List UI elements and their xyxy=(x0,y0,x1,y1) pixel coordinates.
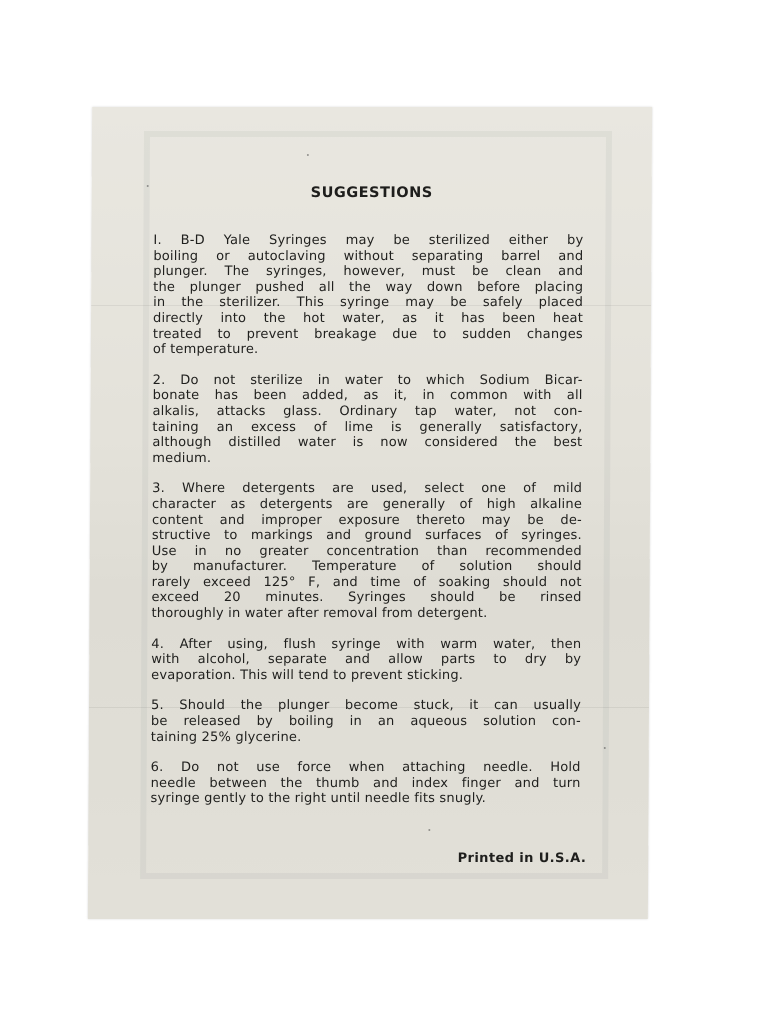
text-line: bonate has been added, as it, in common … xyxy=(153,388,583,404)
text-line: in the sterilizer. This syringe may be s… xyxy=(153,295,583,311)
text-line: boiling or autoclaving without separatin… xyxy=(153,249,583,265)
text-line: with alcohol, separate and allow parts t… xyxy=(151,652,581,668)
text-line: character as detergents are generally of… xyxy=(152,497,582,513)
instruction-sheet: SUGGESTIONS I. B-D Yale Syringes may be … xyxy=(88,107,652,919)
document-title: SUGGESTIONS xyxy=(92,185,652,201)
text-line: thoroughly in water after removal from d… xyxy=(151,606,581,622)
text-line: evaporation. This will tend to prevent s… xyxy=(151,668,581,684)
text-line: syringe gently to the right until needle… xyxy=(150,791,580,807)
document-body: I. B-D Yale Syringes may be sterilized e… xyxy=(150,233,583,822)
text-line: taining 25% glycerine. xyxy=(151,730,581,746)
text-line: directly into the hot water, as it has b… xyxy=(153,311,583,327)
text-line: of temperature. xyxy=(153,342,583,358)
suggestion-paragraph-3: 3. Where detergents are used, select one… xyxy=(151,481,582,621)
printed-in-usa-footer: Printed in U.S.A. xyxy=(458,851,587,866)
text-line: needle between the thumb and index finge… xyxy=(151,776,581,792)
text-line: 2. Do not sterilize in water to which So… xyxy=(153,373,583,389)
suggestion-paragraph-6: 6. Do not use force when attaching needl… xyxy=(150,760,580,807)
text-line: taining an excess of lime is generally s… xyxy=(152,420,582,436)
text-line: be released by boiling in an aqueous sol… xyxy=(151,714,581,730)
text-line: 5. Should the plunger become stuck, it c… xyxy=(151,698,581,714)
paper-speck xyxy=(307,154,309,156)
text-line: 4. After using, flush syringe with warm … xyxy=(151,637,581,653)
text-line: although distilled water is now consider… xyxy=(152,435,582,451)
paper-speck xyxy=(147,185,149,187)
text-line: structive to markings and ground surface… xyxy=(152,528,582,544)
text-line: 6. Do not use force when attaching needl… xyxy=(151,760,581,776)
text-line: I. B-D Yale Syringes may be sterilized e… xyxy=(153,233,583,249)
text-line: 3. Where detergents are used, select one… xyxy=(152,481,582,497)
paper-speck xyxy=(428,829,430,831)
text-line: exceed 20 minutes. Syringes should be ri… xyxy=(152,590,582,606)
suggestion-paragraph-1: I. B-D Yale Syringes may be sterilized e… xyxy=(153,233,584,358)
text-line: content and improper exposure thereto ma… xyxy=(152,513,582,529)
suggestion-paragraph-5: 5. Should the plunger become stuck, it c… xyxy=(151,698,581,745)
text-line: by manufacturer. Temperature of solution… xyxy=(152,559,582,575)
text-line: Use in no greater concentration than rec… xyxy=(152,544,582,560)
paper-speck xyxy=(604,747,606,749)
text-line: alkalis, attacks glass. Ordinary tap wat… xyxy=(152,404,582,420)
text-line: plunger. The syringes, however, must be … xyxy=(153,264,583,280)
suggestion-paragraph-2: 2. Do not sterilize in water to which So… xyxy=(152,373,582,467)
text-line: rarely exceed 125° F, and time of soakin… xyxy=(152,575,582,591)
text-line: medium. xyxy=(152,451,582,467)
text-line: treated to prevent breakage due to sudde… xyxy=(153,327,583,343)
text-line: the plunger pushed all the way down befo… xyxy=(153,280,583,296)
suggestion-paragraph-4: 4. After using, flush syringe with warm … xyxy=(151,637,581,684)
